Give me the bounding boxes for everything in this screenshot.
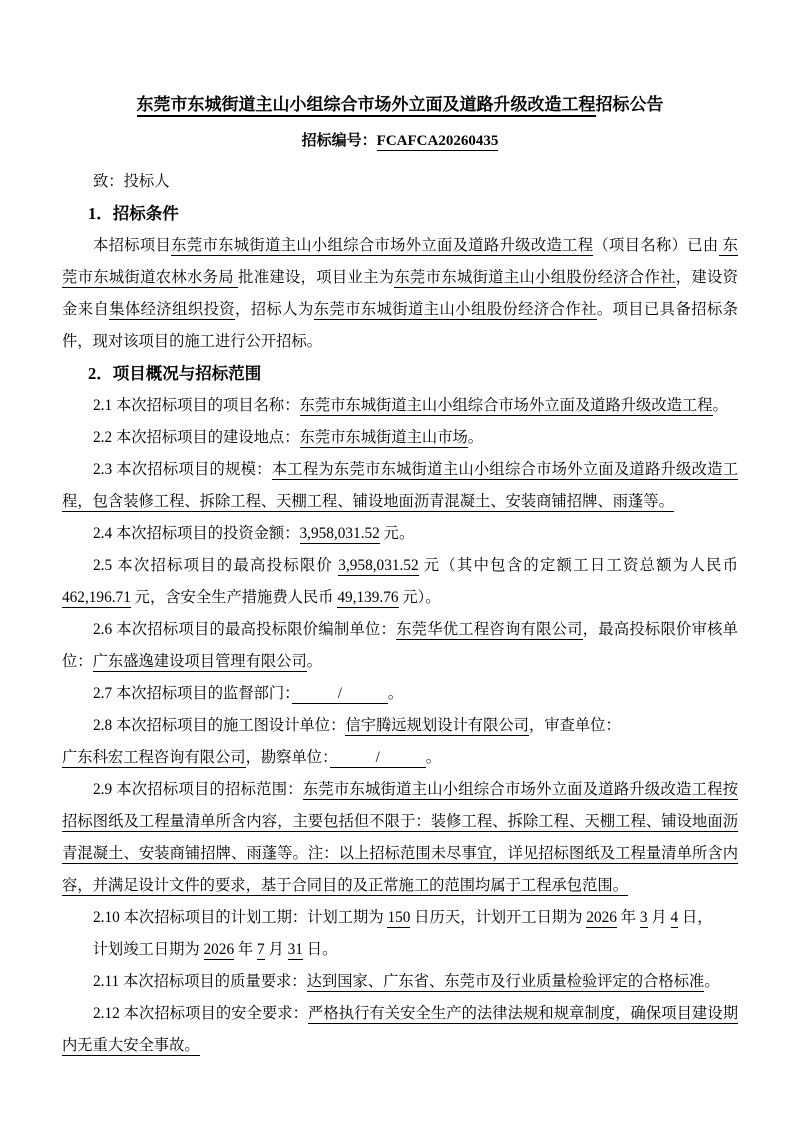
text-run: 批准建设，项目业主为 <box>238 269 394 286</box>
text-run: 2.11 本次招标项目的质量要求： <box>93 973 307 990</box>
text-run: 2.4 本次招标项目的投资金额： <box>93 525 300 542</box>
underlined-text: 3,958,031.52 <box>338 557 418 576</box>
text-run: 年 <box>234 941 257 958</box>
text-run: （项目名称）已由 <box>593 237 718 254</box>
text-run: 月 <box>648 909 671 926</box>
clause-2-3: 2.3 本次招标项目的规模：本工程为东莞市东城街道主山小组综合市场外立面及道路升… <box>62 454 738 518</box>
underlined-text: 东莞市东城街道主山小组综合市场外立面及道路升级改造工程 <box>300 397 713 416</box>
text-run: 年 <box>617 909 640 926</box>
section-1-paragraph: 本招标项目东莞市东城街道主山小组综合市场外立面及道路升级改造工程（项目名称）已由… <box>62 230 738 358</box>
clause-2-12: 2.12 本次招标项目的安全要求：严格执行有关安全生产的法律法规和规章制度，确保… <box>62 998 738 1062</box>
text-run: 本招标项目 <box>93 237 171 254</box>
clause-2-6: 2.6 本次招标项目的最高投标限价编制单位：东莞华优工程咨询有限公司，最高投标限… <box>62 614 738 678</box>
clause-2-10: 2.10 本次招标项目的计划工期：计划工期为 150 日历天，计划开工日期为 2… <box>62 902 738 966</box>
underlined-text: 4 <box>671 909 679 928</box>
clause-2-8: 2.8 本次招标项目的施工图设计单位：信宇腾远规划设计有限公司，审查单位：广东科… <box>62 710 738 774</box>
underlined-text: 东莞市东城街道主山小组综合市场外立面及道路升级改造工程 <box>137 95 596 117</box>
text-run: 2.9 本次招标项目的招标范围： <box>93 781 303 798</box>
text-run: 2.5 本次招标项目的最高投标限价 <box>93 557 338 574</box>
underlined-text: 2026 <box>204 941 235 960</box>
text-run: 日， <box>678 909 712 926</box>
underlined-text: 广东科宏工程咨询有限公司 <box>62 749 246 768</box>
text-run: 。 <box>704 973 719 990</box>
text-run: 2.3 本次招标项目的规模： <box>93 461 272 478</box>
clause-2-7: 2.7 本次招标项目的监督部门： / 。 <box>62 678 738 710</box>
text-run: 招标编号： <box>302 133 377 149</box>
clause-2-4: 2.4 本次招标项目的投资金额：3,958,031.52 元。 <box>62 518 738 550</box>
underlined-text: 150 <box>387 909 410 928</box>
underlined-text: / <box>292 685 388 704</box>
underlined-text: 东莞市东城街道主山小组股份经济合作社 <box>314 301 597 320</box>
underlined-text: 集体经济组织投资 <box>109 301 235 320</box>
clause-2-1: 2.1 本次招标项目的项目名称：东莞市东城街道主山小组综合市场外立面及道路升级改… <box>62 390 738 422</box>
clause-2-11: 2.11 本次招标项目的质量要求：达到国家、广东省、东莞市及行业质量检验评定的合… <box>62 966 738 998</box>
text-run: 计划竣工日期为 <box>62 941 204 958</box>
text-run: 元。 <box>380 525 414 542</box>
text-run: 。 <box>388 685 403 702</box>
text-run: 2.1 本次招标项目的项目名称： <box>93 397 300 414</box>
text-run: 月 <box>265 941 288 958</box>
clause-2-2: 2.2 本次招标项目的建设地点：东莞市东城街道主山市场。 <box>62 422 738 454</box>
underlined-text: / <box>330 749 426 768</box>
salutation: 致：投标人 <box>62 166 738 198</box>
underlined-text: 49,139.76 <box>337 589 398 608</box>
underlined-text: 东莞市东城街道主山小组综合市场外立面及道路升级改造工程 <box>171 237 593 256</box>
text-run: ，勘察单位： <box>246 749 330 766</box>
text-run: 2.8 本次招标项目的施工图设计单位： <box>93 717 345 734</box>
underlined-text: FCAFCA20260435 <box>377 133 499 151</box>
text-run: 。 <box>468 429 483 446</box>
text-run: 招标公告 <box>596 95 664 114</box>
text-run: ，招标人为 <box>235 301 314 318</box>
text-run: 2.7 本次招标项目的监督部门： <box>93 685 292 702</box>
section-1-heading: 1．招标条件 <box>88 198 738 230</box>
underlined-text: 7 <box>257 941 265 960</box>
text-run: 2.2 本次招标项目的建设地点： <box>93 429 300 446</box>
underlined-text: 信宇腾远规划设计有限公司 <box>345 717 529 736</box>
text-run: ，审查单位： <box>529 717 621 734</box>
text-run: 元，含安全生产措施费人民币 <box>131 589 338 606</box>
underlined-text: 广东盛逸建设项目管理有限公司 <box>93 653 307 672</box>
underlined-text: 东莞华优工程咨询有限公司 <box>396 621 583 640</box>
underlined-text: 2026 <box>586 909 617 928</box>
underlined-text: 3,958,031.52 <box>300 525 380 544</box>
underlined-text: 3 <box>640 909 648 928</box>
clause-2-5: 2.5 本次招标项目的最高投标限价 3,958,031.52 元（其中包含的定额… <box>62 550 738 614</box>
underlined-text: 达到国家、广东省、东莞市及行业质量检验评定的合格标准 <box>307 973 705 992</box>
text-run: 元）。 <box>399 589 441 606</box>
underlined-text: 东莞市东城街道主山小组综合市场外立面及道路升级改造工程按招标图纸及工程量清单所含… <box>62 781 738 896</box>
text-run: 2.10 本次招标项目的计划工期：计划工期为 <box>93 909 387 926</box>
document-title: 东莞市东城街道主山小组综合市场外立面及道路升级改造工程招标公告 <box>62 92 738 118</box>
underlined-text: 东莞市东城街道主山小组股份经济合作社 <box>394 269 675 288</box>
underlined-text: 31 <box>288 941 303 960</box>
text-run: 2.6 本次招标项目的最高投标限价编制单位： <box>93 621 396 638</box>
underlined-text: 东莞市东城街道主山市场 <box>300 429 468 448</box>
text-run: 2.12 本次招标项目的安全要求： <box>93 1005 308 1022</box>
tender-number-line: 招标编号：FCAFCA20260435 <box>62 130 738 152</box>
text-run: 。 <box>713 397 728 414</box>
text-run: 日。 <box>303 941 337 958</box>
text-run: 。 <box>426 749 441 766</box>
text-run: 。 <box>307 653 322 670</box>
text-run: 元（其中包含的定额工日工资总额为人民币 <box>419 557 738 574</box>
underlined-text: 462,196.71 <box>62 589 131 608</box>
section-2-heading: 2．项目概况与招标范围 <box>88 358 738 390</box>
text-run: 日历天，计划开工日期为 <box>410 909 586 926</box>
document-page: 东莞市东城街道主山小组综合市场外立面及道路升级改造工程招标公告 招标编号：FCA… <box>0 0 794 1123</box>
clause-2-9: 2.9 本次招标项目的招标范围：东莞市东城街道主山小组综合市场外立面及道路升级改… <box>62 774 738 902</box>
